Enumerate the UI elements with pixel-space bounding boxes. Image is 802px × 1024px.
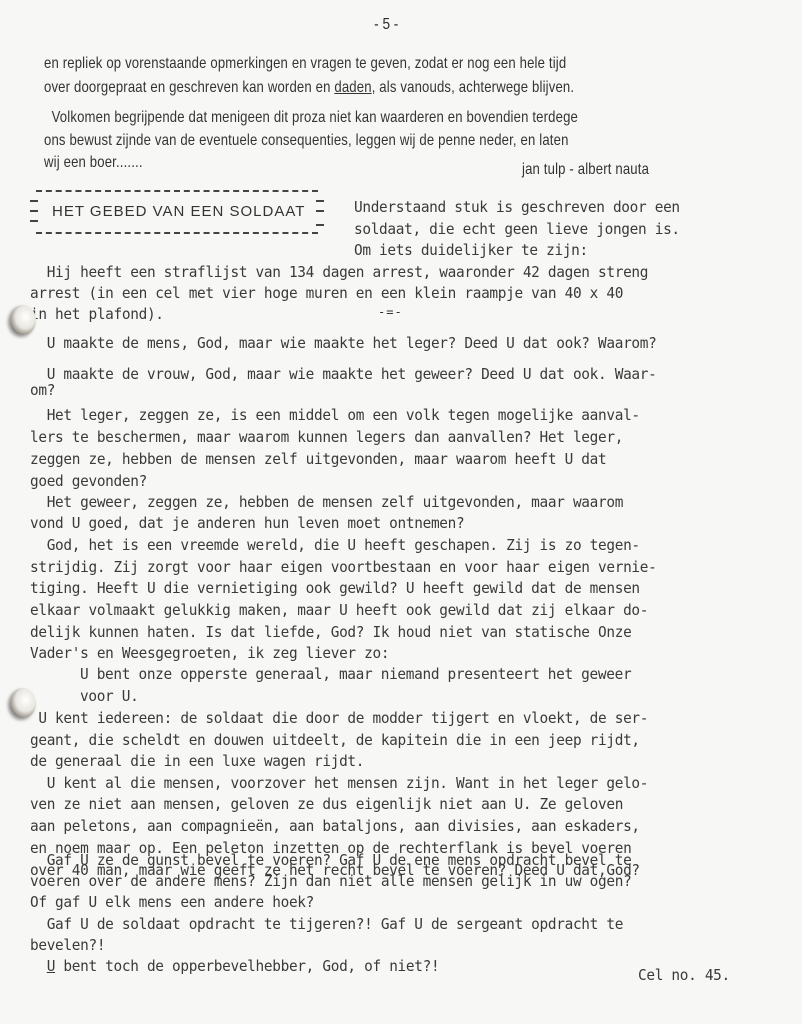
preface-line-3: Om iets duidelijker te zijn:	[354, 240, 588, 260]
closing-line: U bent toch de opperbevelhebber, God, of…	[30, 956, 439, 976]
body-line: geant, die scheldt en douwen uitdeelt, d…	[30, 730, 640, 750]
article-intro-1: Hij heeft een straflijst van 134 dagen a…	[30, 262, 648, 282]
underlined-U: U	[47, 957, 55, 975]
para2-line-3: wij een boer.......	[44, 153, 143, 173]
page-number: - 5 -	[374, 16, 398, 34]
body-line: Gaf U ze de gunst bevel te voeren? Gaf U…	[30, 850, 631, 870]
body-line: delijk kunnen haten. Is dat liefde, God?…	[30, 622, 631, 642]
article-title: HET GEBED VAN EEN SOLDAAT	[52, 203, 305, 220]
body-line: Het leger, zeggen ze, is een middel om e…	[30, 405, 640, 425]
body-line: voeren over de andere mens? Zijn dan nie…	[30, 871, 631, 891]
right-dash	[316, 224, 324, 226]
body-line: strijdig. Zij zorgt voor haar eigen voor…	[30, 557, 656, 577]
body-line: om?	[30, 380, 55, 400]
body-line: ven ze niet aan mensen, geloven ze dus e…	[30, 794, 623, 814]
body-line: zeggen ze, hebben de mensen zelf uitgevo…	[30, 449, 606, 469]
body-line: goed gevonden?	[30, 471, 147, 491]
body-line: lers te beschermen, maar waarom kunnen l…	[30, 427, 623, 447]
body-line: de generaal die in een luxe wagen rijdt.	[30, 751, 364, 771]
body-line: Het geweer, zeggen ze, hebben de mensen …	[30, 492, 623, 512]
body-line: vond U goed, dat je anderen hun leven mo…	[30, 513, 464, 533]
right-dash	[316, 210, 324, 212]
left-dash	[30, 220, 38, 222]
body-line: U kent al die mensen, voorzover het mens…	[30, 773, 648, 793]
signature: jan tulp - albert nauta	[522, 160, 649, 180]
body-line: Vader's en Weesgegroeten, ik zeg liever …	[30, 643, 389, 663]
body-line: tiging. Heeft U die vernietiging ook gew…	[30, 578, 640, 598]
article-intro-3: in het plafond).	[30, 304, 164, 324]
left-dash	[30, 200, 38, 202]
intro-line-1: en repliek op vorenstaande opmerkingen e…	[44, 54, 566, 74]
para2-line-1: Volkomen begrijpende dat menigeen dit pr…	[44, 108, 578, 128]
body-line: elkaar volmaakt gelukkig maken, maar U h…	[30, 600, 648, 620]
body-line: bevelen?!	[30, 935, 105, 955]
article-intro-2: arrest (in een cel met vier hoge muren e…	[30, 283, 623, 303]
body-line: U maakte de vrouw, God, maar wie maakte …	[30, 364, 656, 384]
section-separator: -=-	[378, 305, 403, 319]
punch-hole	[10, 305, 36, 335]
right-dash	[316, 200, 324, 202]
intro-line-2: over doorgepraat en geschreven kan worde…	[44, 78, 574, 98]
preface-line-2: soldaat, die echt geen lieve jongen is.	[354, 219, 680, 239]
body-line: U maakte de mens, God, maar wie maakte h…	[30, 333, 656, 353]
body-line: God, het is een vreemde wereld, die U he…	[30, 535, 640, 555]
left-dash	[30, 210, 38, 212]
preface-line-1: Understaand stuk is geschreven door een	[354, 197, 680, 217]
body-line: Gaf U de soldaat opdracht te tijgeren?! …	[30, 914, 623, 934]
body-line: U kent iedereen: de soldaat die door de …	[30, 708, 648, 728]
dashed-border-bottom	[36, 232, 318, 234]
closing-text: bent toch de opperbevelhebber, God, of n…	[55, 957, 439, 975]
punch-hole	[10, 688, 36, 718]
body-line: aan peletons, aan compagnieën, aan batal…	[30, 816, 640, 836]
body-line: U bent onze opperste generaal, maar niem…	[80, 664, 631, 684]
para2-line-2: ons bewust zijnde van de eventuele conse…	[44, 131, 569, 151]
article-title-box: HET GEBED VAN EEN SOLDAAT	[30, 186, 330, 238]
cell-number: Cel no. 45.	[638, 965, 730, 985]
body-line: Of gaf U elk mens een andere hoek?	[30, 892, 314, 912]
typewritten-page: - 5 - en repliek op vorenstaande opmerki…	[0, 0, 802, 1024]
intro-line-2-b: , als vanouds, achterwege blijven.	[372, 79, 575, 96]
underlined-word-daden: daden	[334, 79, 371, 96]
body-line: voor U.	[80, 686, 138, 706]
intro-line-2-a: over doorgepraat en geschreven kan worde…	[44, 79, 334, 96]
dashed-border-top	[36, 190, 318, 192]
